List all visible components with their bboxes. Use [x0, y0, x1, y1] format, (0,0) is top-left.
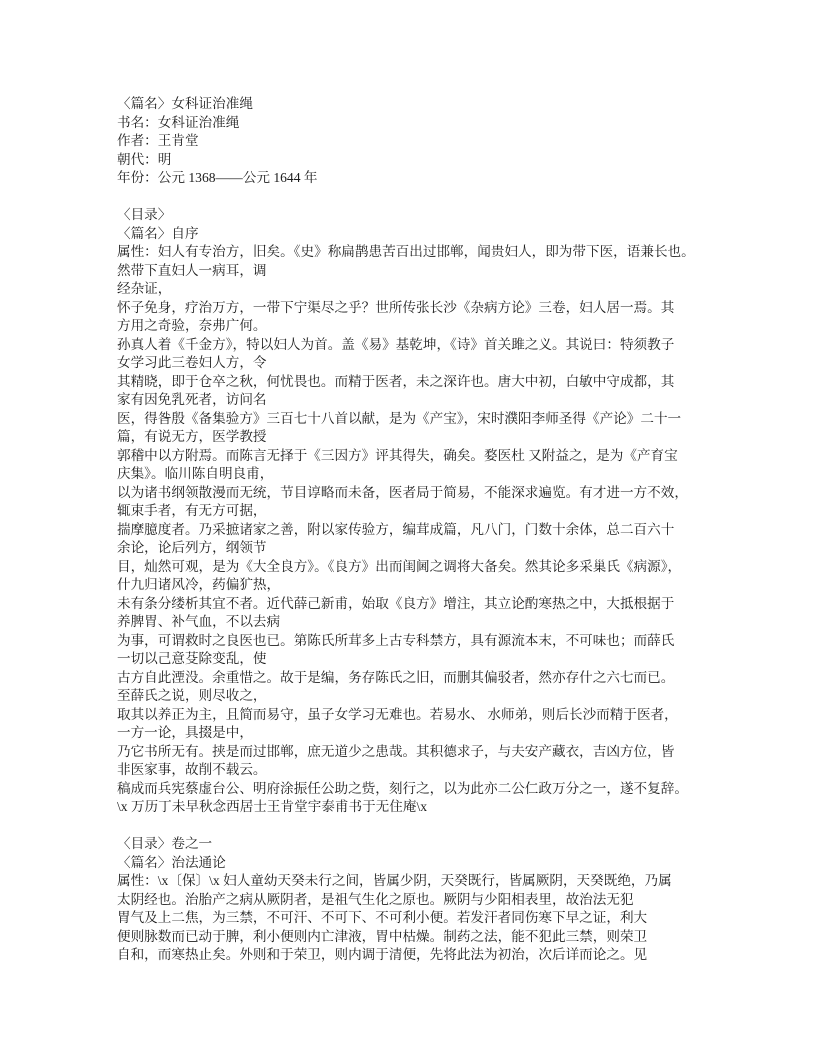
text-line: 非医家事，故削不载云。 — [117, 761, 757, 780]
text-line: 什九归诸风冷，药偏犷热， — [117, 576, 757, 595]
text-line: 目，灿然可观，是为《大全良方》。《良方》出而闺阃之调将大备矣。然其论多采巢氏《病… — [117, 558, 757, 577]
section-body: 属性：\x〔保〕\x 妇人童幼天癸未行之间，皆属少阴，天癸既行，皆属厥阴，天癸既… — [117, 872, 757, 965]
text-line: 古方自此湮没。余重惜之。故于是编，务存陈氏之旧，而删其偏驳者，然亦存什之六七而已… — [117, 669, 757, 688]
text-line: 自和，而寒热止矣。外则和于荣卫，则内调于清便，先将此法为初治，次后详而论之。见 — [117, 946, 757, 965]
blank-line — [117, 188, 757, 207]
text-line: 家有因免乳死者，访问名 — [117, 391, 757, 410]
section-title-label: 〈篇名〉治法通论 — [117, 854, 757, 873]
meta-book-name: 书名：女科证治准绳 — [117, 114, 757, 133]
meta-title-tag: 〈篇名〉女科证治准绳 — [117, 95, 757, 114]
text-line: 稿成而兵宪蔡虚台公、明府涂振任公助之赀，刻行之，以为此亦二公仁政万分之一，遂不复… — [117, 780, 757, 799]
text-line: 怀子免身，疗治万方，一带下宁渠尽之乎？世所传张长沙《杂病方论》三卷，妇人居一焉。… — [117, 299, 757, 318]
text-line: 揣摩臆度者。乃采摭诸家之善，附以家传验方，编茸成篇，凡八门，门数十余体，总二百六… — [117, 521, 757, 540]
text-line: 属性：\x〔保〕\x 妇人童幼天癸未行之间，皆属少阴，天癸既行，皆属厥阴，天癸既… — [117, 872, 757, 891]
text-line: 以为诸书纲领散漫而无统，节目谆略而未备，医者局于简易，不能深求遍览。有才进一方不… — [117, 484, 757, 503]
blank-line — [117, 817, 757, 836]
text-line: 辄束手者，有无方可据， — [117, 502, 757, 521]
section-toc-label: 〈目录〉 — [117, 206, 757, 225]
document-text: 〈篇名〉女科证治准绳 书名：女科证治准绳 作者：王肯堂 朝代：明 年份：公元 1… — [117, 95, 757, 965]
text-line: 其精晓，即于仓卒之秋，何忧畏也。而精于医者，未之深许也。唐大中初，白敏中守成都，… — [117, 373, 757, 392]
text-line: 取其以养正为主，且简而易守，虽子女学习无难也。若易水、 水师弟，则后长沙而精于医… — [117, 706, 757, 725]
text-line: 便则脉数而已动于脾，利小便则内亡津液，胃中枯燥。制药之法，能不犯此三禁，则荣卫 — [117, 928, 757, 947]
text-line: 至薛氏之说，则尽收之， — [117, 687, 757, 706]
document-page: 〈篇名〉女科证治准绳 书名：女科证治准绳 作者：王肯堂 朝代：明 年份：公元 1… — [0, 0, 816, 1056]
text-line: 医，得昝殷《备集验方》三百七十八首以献，是为《产宝》，宋时濮阳李师圣得《产论》二… — [117, 410, 757, 429]
text-line: 一切以己意芟除变乱，使 — [117, 650, 757, 669]
section-treatment-overview: 〈目录〉卷之一 〈篇名〉治法通论 属性：\x〔保〕\x 妇人童幼天癸未行之间，皆… — [117, 835, 757, 965]
text-line: 未有条分缕析其宜不者。近代薛己新甫，始取《良方》增注，其立论酌寒热之中，大抵根据… — [117, 595, 757, 614]
text-line: 篇，有说无方，医学教授 — [117, 428, 757, 447]
text-line: 经杂证， — [117, 280, 757, 299]
text-line: 养脾胃、补气血，不以去病 — [117, 613, 757, 632]
text-line: 女学习此三卷妇人方，令 — [117, 354, 757, 373]
section-body: 属性：妇人有专治方，旧矣。《史》称扁鹊患苦百出过邯郸，闻贵妇人，即为带下医，语兼… — [117, 243, 757, 817]
text-line: 为事，可谓救时之良医也已。第陈氏所茸多上古专科禁方，具有源流本末，不可味也；而薛… — [117, 632, 757, 651]
text-line: 然带下直妇人一病耳，调 — [117, 262, 757, 281]
text-line: 余论，论后列方，纲领节 — [117, 539, 757, 558]
text-line: 一方一论，具掇是中， — [117, 724, 757, 743]
text-line: 属性：妇人有专治方，旧矣。《史》称扁鹊患苦百出过邯郸，闻贵妇人，即为带下医，语兼… — [117, 243, 757, 262]
text-line: 乃它书所无有。挟是而过邯郸，庶无道少之患哉。其积德求子，与夫安产藏衣，吉凶方位，… — [117, 743, 757, 762]
meta-dynasty: 朝代：明 — [117, 151, 757, 170]
text-line: 孙真人着《千金方》，特以妇人为首。盖《易》基乾坤，《诗》首关雎之义。其说曰：特须… — [117, 336, 757, 355]
section-toc-label: 〈目录〉卷之一 — [117, 835, 757, 854]
text-line: 胃气及上二焦，为三禁，不可汗、不可下、不可利小便。若发汗者同伤寒下早之证，利大 — [117, 909, 757, 928]
meta-author: 作者：王肯堂 — [117, 132, 757, 151]
text-line: 方用之奇验，奈弗广何。 — [117, 317, 757, 336]
text-line: 庆集》。临川陈自明良甫， — [117, 465, 757, 484]
text-line: \x 万历丁未早秋念西居士王肯堂宇泰甫书于无住庵\x — [117, 798, 757, 817]
section-title-label: 〈篇名〉自序 — [117, 225, 757, 244]
text-line: 郭稽中以方附焉。而陈言无择于《三因方》评其得失，确矣。婺医杜 又附益之，是为《产… — [117, 447, 757, 466]
section-preface: 〈目录〉 〈篇名〉自序 属性：妇人有专治方，旧矣。《史》称扁鹊患苦百出过邯郸，闻… — [117, 206, 757, 817]
meta-year: 年份：公元 1368——公元 1644 年 — [117, 169, 757, 188]
text-line: 太阴经也。治胎产之病从厥阴者，是祖气生化之原也。厥阴与少阳相表里，故治法无犯 — [117, 891, 757, 910]
